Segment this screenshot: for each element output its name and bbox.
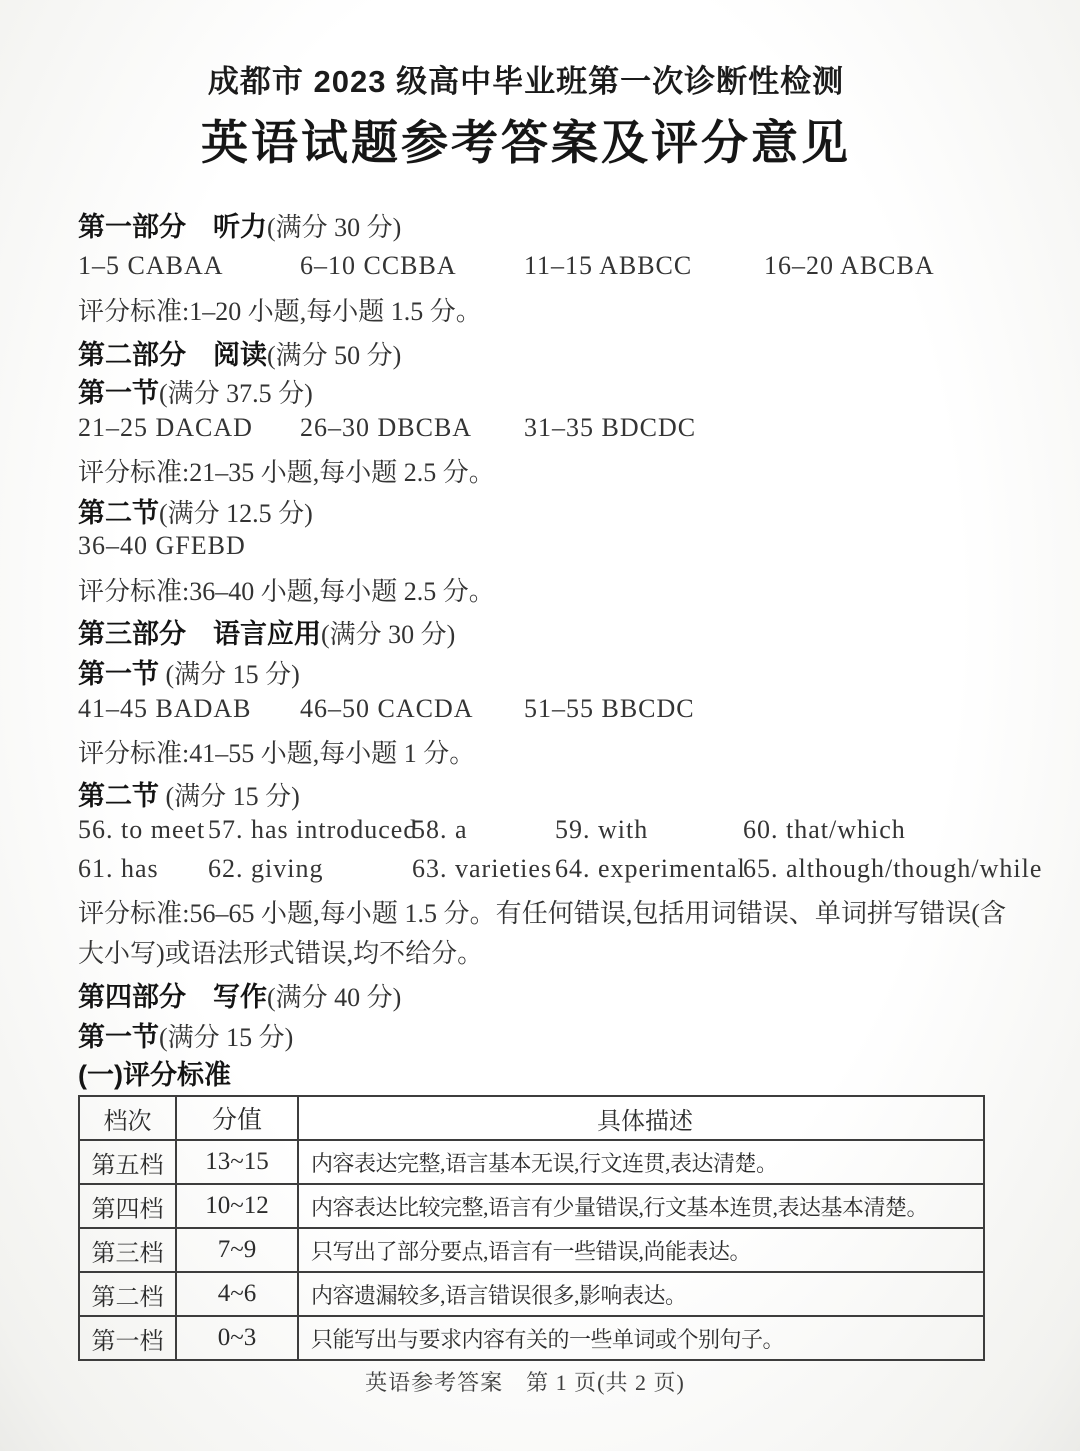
rubric-table-head: 档次 分值 具体描述 — [79, 1096, 984, 1140]
rubric-level: 第一档 — [79, 1316, 176, 1360]
rubric-score: 4~6 — [176, 1272, 298, 1316]
answer-item: 61. has — [78, 854, 159, 884]
rubric-header-score: 分值 — [176, 1096, 298, 1140]
rubric-desc: 只写出了部分要点,语言有一些错误,尚能表达。 — [298, 1228, 984, 1272]
answer-range: 11–15 ABBCC — [524, 251, 692, 281]
part2-section2-criteria: 评分标准:36–40 小题,每小题 2.5 分。 — [78, 571, 1008, 608]
section-label: 第二节 — [78, 781, 159, 811]
rubric-table-body: 第五档 13~15 内容表达完整,语言基本无误,行文连贯,表达清楚。 第四档 1… — [79, 1140, 984, 1360]
part2-heading: 第二部分 阅读(满分 50 分) — [78, 333, 1008, 372]
section-score: (满分 15 分) — [159, 782, 300, 811]
rubric-header-desc: 具体描述 — [298, 1096, 984, 1140]
rubric-label: (一)评分标准 — [78, 1053, 1008, 1092]
part2-section2-heading: 第二节(满分 12.5 分) — [78, 491, 1008, 530]
part2-section1-heading: 第一节(满分 37.5 分) — [78, 371, 1008, 410]
answer-range: 31–35 BDCDC — [524, 413, 696, 443]
part3-heading-label: 第三部分 语言应用 — [78, 619, 321, 649]
answer-item: 58. a — [412, 815, 468, 845]
answer-range: 41–45 BADAB — [78, 694, 252, 724]
answer-key-page: 成都市 2023 级高中毕业班第一次诊断性检测 英语试题参考答案及评分意见 第一… — [0, 0, 1080, 1451]
part1-heading-score: (满分 30 分) — [267, 213, 401, 242]
answer-range: 51–55 BBCDC — [524, 694, 695, 724]
section-label: 第一节 — [78, 1022, 159, 1052]
part3-section1-heading: 第一节 (满分 15 分) — [78, 652, 1008, 691]
part3-heading-score: (满分 30 分) — [321, 620, 455, 649]
answer-item: 57. has introduced — [208, 815, 417, 845]
answer-item: 56. to meet — [78, 815, 205, 845]
rubric-level: 第四档 — [79, 1184, 176, 1228]
table-row: 第四档 10~12 内容表达比较完整,语言有少量错误,行文基本连贯,表达基本清楚… — [79, 1184, 984, 1228]
part1-criteria: 评分标准:1–20 小题,每小题 1.5 分。 — [78, 291, 1008, 328]
table-row: 第二档 4~6 内容遗漏较多,语言错误很多,影响表达。 — [79, 1272, 984, 1316]
rubric-score: 13~15 — [176, 1140, 298, 1184]
part4-heading-label: 第四部分 写作 — [78, 982, 267, 1012]
part3-section2-heading: 第二节 (满分 15 分) — [78, 774, 1008, 813]
part2-heading-label: 第二部分 阅读 — [78, 340, 267, 370]
doc-subtitle: 英语试题参考答案及评分意见 — [0, 106, 1052, 173]
part3-section1-criteria: 评分标准:41–55 小题,每小题 1 分。 — [78, 733, 1008, 770]
part1-heading-label: 第一部分 听力 — [78, 212, 267, 242]
rubric-header-level: 档次 — [79, 1096, 176, 1140]
rubric-desc: 内容表达比较完整,语言有少量错误,行文基本连贯,表达基本清楚。 — [298, 1184, 984, 1228]
rubric-header-row: 档次 分值 具体描述 — [79, 1096, 984, 1140]
table-row: 第一档 0~3 只能写出与要求内容有关的一些单词或个别句子。 — [79, 1316, 984, 1360]
rubric-level: 第二档 — [79, 1272, 176, 1316]
part4-heading: 第四部分 写作(满分 40 分) — [78, 975, 1008, 1014]
section-score: (满分 37.5 分) — [159, 379, 313, 408]
part4-section1-heading: 第一节(满分 15 分) — [78, 1015, 1008, 1054]
answer-item: 59. with — [555, 815, 648, 845]
rubric-desc: 内容遗漏较多,语言错误很多,影响表达。 — [298, 1272, 984, 1316]
section-score: (满分 15 分) — [159, 1023, 293, 1052]
section-label: 第二节 — [78, 498, 159, 528]
rubric-label-text: (一)评分标准 — [78, 1060, 231, 1090]
answer-item: 60. that/which — [743, 815, 906, 845]
rubric-score: 0~3 — [176, 1316, 298, 1360]
rubric-score: 7~9 — [176, 1228, 298, 1272]
doc-title: 成都市 2023 级高中毕业班第一次诊断性检测 — [0, 56, 1052, 101]
section-label: 第一节 — [78, 659, 159, 689]
section-score: (满分 15 分) — [159, 660, 300, 689]
table-row: 第五档 13~15 内容表达完整,语言基本无误,行文连贯,表达清楚。 — [79, 1140, 984, 1184]
part3-section2-criteria: 评分标准:56–65 小题,每小题 1.5 分。有任何错误,包括用词错误、单词拼… — [78, 894, 1006, 974]
rubric-level: 第五档 — [79, 1140, 176, 1184]
answer-item: 65. although/though/while — [743, 854, 1042, 884]
answer-range: 36–40 GFEBD — [78, 531, 246, 561]
table-row: 第三档 7~9 只写出了部分要点,语言有一些错误,尚能表达。 — [79, 1228, 984, 1272]
part2-heading-score: (满分 50 分) — [267, 341, 401, 370]
answer-range: 16–20 ABCBA — [764, 251, 935, 281]
rubric-desc: 内容表达完整,语言基本无误,行文连贯,表达清楚。 — [298, 1140, 984, 1184]
part4-heading-score: (满分 40 分) — [267, 983, 401, 1012]
rubric-desc: 只能写出与要求内容有关的一些单词或个别句子。 — [298, 1316, 984, 1360]
scoring-rubric-table: 档次 分值 具体描述 第五档 13~15 内容表达完整,语言基本无误,行文连贯,… — [78, 1095, 985, 1361]
rubric-level: 第三档 — [79, 1228, 176, 1272]
answer-range: 21–25 DACAD — [78, 413, 253, 443]
answer-range: 26–30 DBCBA — [300, 413, 472, 443]
section-score: (满分 12.5 分) — [159, 499, 313, 528]
part1-heading: 第一部分 听力(满分 30 分) — [78, 205, 1008, 244]
page-footer: 英语参考答案 第 1 页(共 2 页) — [0, 1366, 1050, 1397]
rubric-score: 10~12 — [176, 1184, 298, 1228]
part3-heading: 第三部分 语言应用(满分 30 分) — [78, 612, 1008, 651]
answer-item: 64. experimental — [555, 854, 746, 884]
part2-section1-criteria: 评分标准:21–35 小题,每小题 2.5 分。 — [78, 452, 1008, 489]
answer-item: 63. varieties — [412, 854, 552, 884]
answer-item: 62. giving — [208, 854, 323, 884]
answer-range: 6–10 CCBBA — [300, 251, 457, 281]
answer-range: 46–50 CACDA — [300, 694, 474, 724]
section-label: 第一节 — [78, 378, 159, 408]
answer-range: 1–5 CABAA — [78, 251, 224, 281]
